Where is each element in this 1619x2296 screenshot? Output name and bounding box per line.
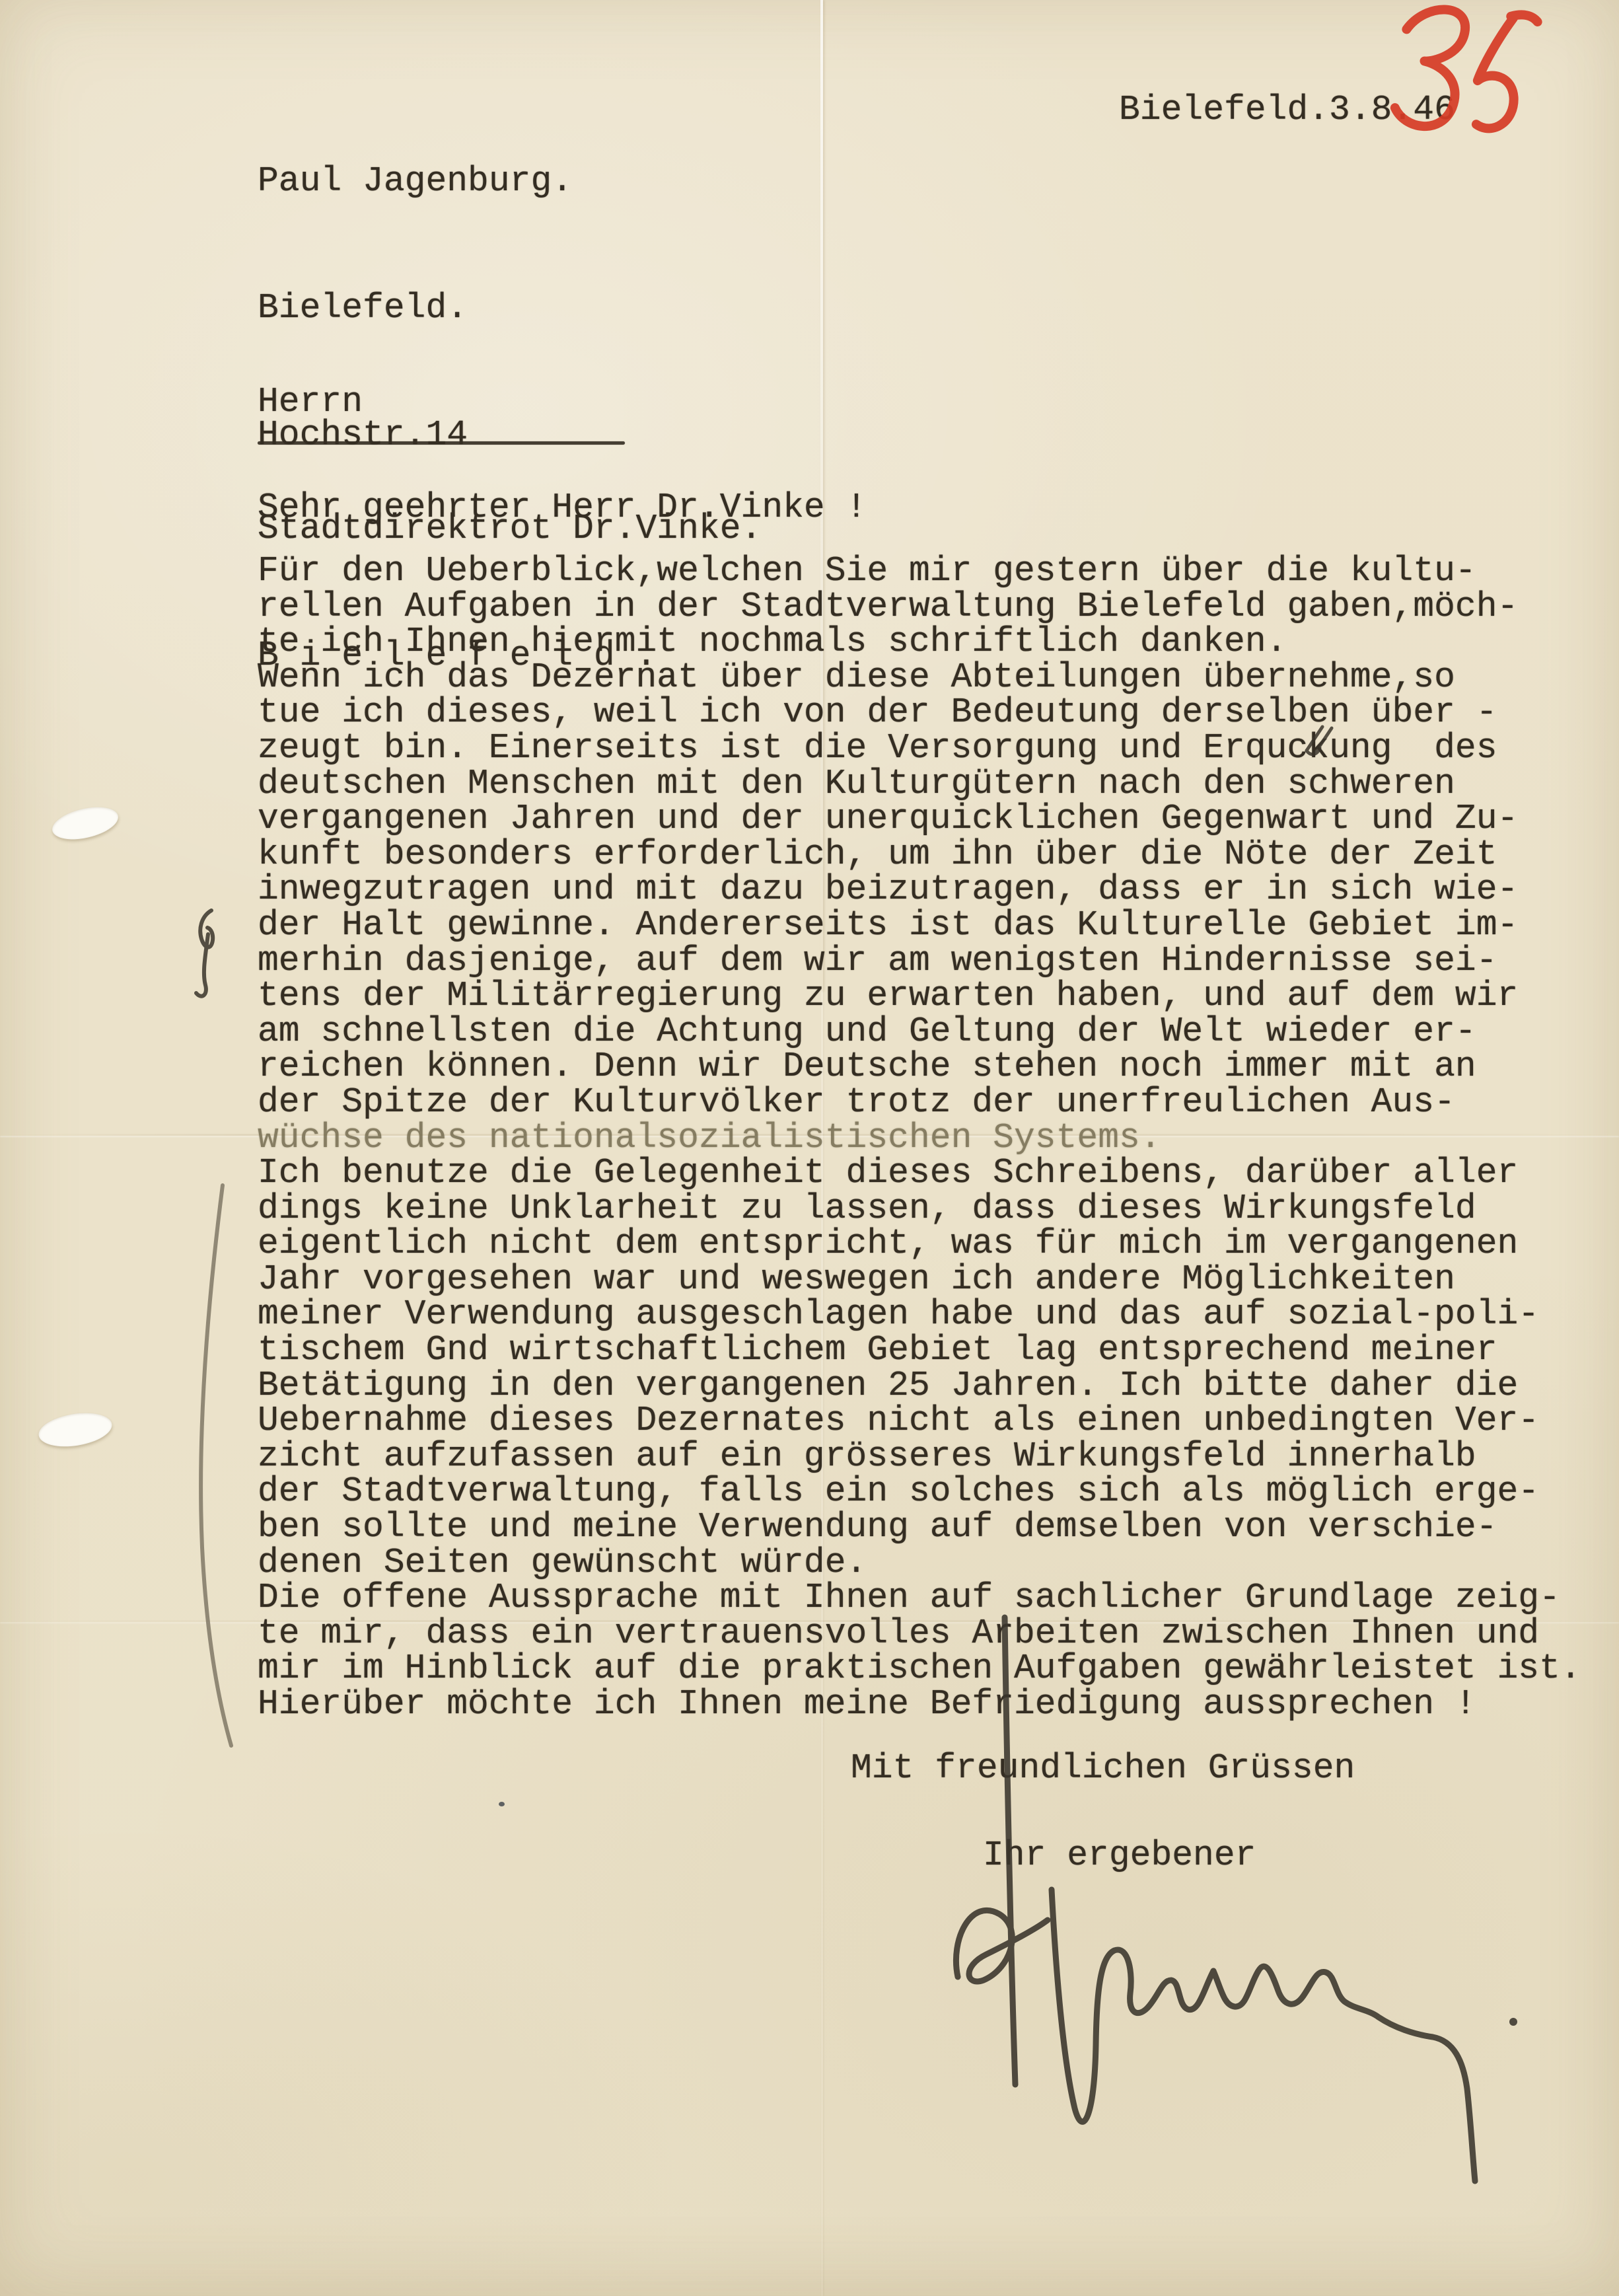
salutation-line: Sehr geehrter Herr Dr.Vinke ! bbox=[258, 488, 867, 527]
typed-line: Jahr vorgesehen war und weswegen ich and… bbox=[258, 1262, 1581, 1298]
typed-line: Uebernahme dieses Dezernates nicht als e… bbox=[258, 1403, 1581, 1439]
typed-line: tischem Gnd wirtschaftlichem Gebiet lag … bbox=[258, 1333, 1581, 1368]
typed-line: deutschen Menschen mit den Kulturgütern … bbox=[258, 766, 1581, 802]
closing-greeting: Mit freundlichen Grüssen bbox=[851, 1750, 1355, 1787]
typed-line: te mir, dass ein vertrauensvolles Arbeit… bbox=[258, 1616, 1581, 1652]
typed-line: eigentlich nicht dem entspricht, was für… bbox=[258, 1226, 1581, 1262]
typed-line: zicht aufzufassen auf ein grösseres Wirk… bbox=[258, 1439, 1581, 1475]
typed-underline bbox=[258, 441, 625, 445]
typed-line: Die offene Aussprache mit Ihnen auf sach… bbox=[258, 1580, 1581, 1616]
ink-speck bbox=[499, 1802, 505, 1806]
typed-line: Wenn ich das Dezernat über diese Abteilu… bbox=[258, 660, 1581, 696]
typed-line: Hierüber möchte ich Ihnen meine Befriedi… bbox=[258, 1687, 1581, 1722]
recipient-salutation-word: Herrn bbox=[258, 378, 762, 426]
date-line: Bielefeld.3.8.46 bbox=[1119, 86, 1455, 133]
typed-line: Ich benutze die Gelegenheit dieses Schre… bbox=[258, 1156, 1581, 1191]
typed-line: dings keine Unklarheit zu lassen, dass d… bbox=[258, 1191, 1581, 1227]
typed-line: Für den Ueberblick,welchen Sie mir geste… bbox=[258, 554, 1581, 589]
typed-line: ben sollte und meine Verwendung auf dems… bbox=[258, 1510, 1581, 1545]
scanned-letter-page: { "letter": { "sender": ["Paul Jagenburg… bbox=[0, 0, 1619, 2296]
typed-line: reichen können. Denn wir Deutsche stehen… bbox=[258, 1049, 1581, 1085]
typed-line: mir im Hinblick auf die praktischen Aufg… bbox=[258, 1651, 1581, 1687]
typed-line: tens der Militärregierung zu erwarten ha… bbox=[258, 979, 1581, 1014]
typed-line: vergangenen Jahren und der unerquicklich… bbox=[258, 801, 1581, 837]
typed-line: merhin dasjenige, auf dem wir am wenigst… bbox=[258, 944, 1581, 979]
typed-line: te ich Ihnen hiermit nochmals schriftlic… bbox=[258, 624, 1581, 660]
typed-line: kunft besonders erforderlich, um ihn übe… bbox=[258, 837, 1581, 873]
typed-line: tue ich dieses, weil ich von der Bedeutu… bbox=[258, 695, 1581, 731]
typed-line: zeugt bin. Einerseits ist die Versorgung… bbox=[258, 731, 1581, 766]
typed-line: meiner Verwendung ausgeschlagen habe und… bbox=[258, 1297, 1581, 1333]
typed-line: denen Seiten gewünscht würde. bbox=[258, 1545, 1581, 1581]
letter-body: Für den Ueberblick,welchen Sie mir geste… bbox=[258, 554, 1581, 1722]
typed-line: rellen Aufgaben in der Stadtverwaltung B… bbox=[258, 589, 1581, 625]
closing-signoff: Ihr ergebener bbox=[983, 1837, 1256, 1874]
typed-line: der Halt gewinne. Andererseits ist das K… bbox=[258, 908, 1581, 944]
typed-line: am schnellsten die Achtung und Geltung d… bbox=[258, 1014, 1581, 1050]
sender-name: Paul Jagenburg. bbox=[258, 157, 573, 205]
typed-line: wüchse des nationalsozialistischen Syste… bbox=[258, 1121, 1581, 1156]
typed-line: inwegzutragen und mit dazu beizutragen, … bbox=[258, 872, 1581, 908]
typed-line: der Stadtverwaltung, falls ein solches s… bbox=[258, 1474, 1581, 1510]
typed-line: Betätigung in den vergangenen 25 Jahren.… bbox=[258, 1368, 1581, 1404]
typed-line: der Spitze der Kulturvölker trotz der un… bbox=[258, 1085, 1581, 1121]
